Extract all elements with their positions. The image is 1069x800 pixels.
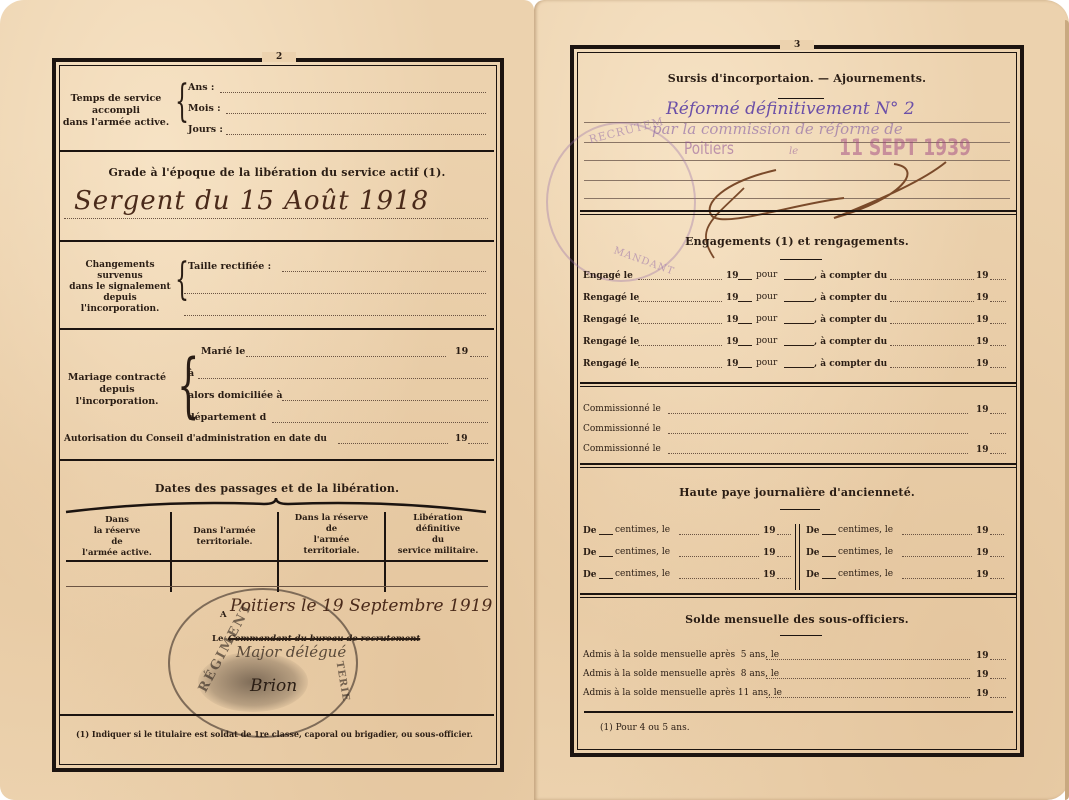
col3-line4: territoriale.: [279, 546, 384, 557]
pour-label: pour: [756, 314, 777, 324]
commission-label: Commissionné le: [583, 404, 661, 414]
changes-label-3: dans le signalement: [62, 282, 178, 293]
col4-line2: définitive: [386, 524, 490, 535]
de-label: De: [583, 525, 597, 537]
solde-date-field[interactable]: [766, 678, 970, 679]
centimes-label: centimes, le: [838, 525, 893, 535]
marriage-label-3: l'incorporation.: [62, 396, 172, 408]
service-time-label-3: dans l'armée active.: [62, 117, 170, 129]
haute-paye-year-field[interactable]: [777, 534, 791, 535]
commission-year: 19: [976, 404, 989, 416]
engagement-year: 19: [726, 270, 739, 282]
commission-label: Commissionné le: [583, 424, 661, 434]
haute-paye-date-field[interactable]: [902, 556, 972, 557]
service-time-label-1: Temps de service: [62, 93, 170, 105]
reform-stamp-place: Poitiers: [684, 139, 734, 159]
grade-handwritten: Sergent du 15 Août 1918: [74, 186, 429, 216]
start-date-field[interactable]: [890, 367, 974, 368]
divider: [60, 240, 494, 242]
haute-paye-date-field[interactable]: [679, 556, 759, 557]
dates-row-line[interactable]: [66, 586, 488, 587]
centimes-amount-field[interactable]: [599, 556, 613, 557]
divider: [580, 593, 1017, 598]
compter-label: , à compter du: [814, 270, 887, 282]
engagement-year: 19: [726, 292, 739, 304]
haute-paye-date-field[interactable]: [902, 534, 972, 535]
divider: [60, 328, 494, 330]
column-header-reserve-active: Dans la réserve de l'armée active.: [64, 515, 170, 559]
engagement-year-field[interactable]: [738, 345, 752, 346]
right-page: 3 Sursis d'incorportaion. — Ajournements…: [534, 0, 1069, 800]
centimes-amount-field[interactable]: [822, 578, 836, 579]
engagement-year-field[interactable]: [738, 279, 752, 280]
col1-line3: de: [64, 537, 170, 548]
start-date-field[interactable]: [890, 301, 974, 302]
haute-paye-year: 19: [976, 569, 989, 581]
grade-field[interactable]: [64, 218, 488, 219]
divider: [584, 711, 1013, 713]
grade-title: Grade à l'époque de la libération du ser…: [60, 166, 494, 179]
authorization-field[interactable]: [338, 443, 448, 444]
centimes-label: centimes, le: [838, 569, 893, 579]
commission-year-field[interactable]: [990, 453, 1006, 454]
reform-stamp-le: le: [789, 146, 798, 157]
haute-paye-year-field[interactable]: [777, 578, 791, 579]
department-label: département d: [188, 412, 266, 424]
col3-line2: de: [279, 524, 384, 535]
haute-paye-year-field[interactable]: [990, 578, 1004, 579]
solde-title: Solde mensuelle des sous-officiers.: [578, 613, 1016, 626]
engagement-label: Engagé le: [583, 270, 633, 282]
start-year-field[interactable]: [990, 345, 1006, 346]
brace-icon: {: [177, 350, 199, 420]
haute-paye-year: 19: [763, 547, 776, 559]
column-header-reserve-territorial: Dans la réserve de l'armée territoriale.: [279, 513, 384, 557]
left-page: 2 Temps de service accompli dans l'armée…: [0, 0, 534, 800]
start-year-field[interactable]: [990, 367, 1006, 368]
centimes-amount-field[interactable]: [599, 578, 613, 579]
col4-line1: Libération: [386, 513, 490, 524]
sursis-title: Sursis d'incorportaion. — Ajournements.: [578, 72, 1016, 85]
engagement-year-field[interactable]: [738, 323, 752, 324]
authorization-year: 19: [455, 433, 468, 445]
engagement-year: 19: [726, 314, 739, 326]
centimes-label: centimes, le: [615, 547, 670, 557]
page-number: 3: [780, 40, 814, 50]
header-rule: [66, 560, 488, 562]
marriage-label-1: Mariage contracté: [62, 372, 172, 384]
solde-label: Admis à la solde mensuelle après 5 ans, …: [583, 650, 779, 660]
divider: [60, 714, 494, 716]
months-label: Mois :: [188, 103, 221, 115]
marriage-place-field[interactable]: [198, 378, 488, 379]
commission-label: Commissionné le: [583, 444, 661, 454]
col1-line2: la réserve: [64, 526, 170, 537]
months-field[interactable]: [226, 113, 486, 114]
days-field[interactable]: [226, 134, 486, 135]
title-rule: [780, 509, 820, 510]
haute-paye-year-field[interactable]: [990, 534, 1004, 535]
engagement-date-field[interactable]: [638, 301, 722, 302]
change-field-3[interactable]: [184, 315, 486, 316]
reform-stamp-line1: Réformé définitivement N° 2: [666, 99, 915, 119]
de-label: De: [806, 547, 820, 559]
centimes-label: centimes, le: [615, 525, 670, 535]
col4-line3: du: [386, 535, 490, 546]
engagement-label: Rengagé le: [583, 336, 639, 348]
engagement-date-field[interactable]: [638, 279, 722, 280]
brace-icon: [64, 496, 488, 514]
domicile-label: alors domiciliée à: [188, 390, 283, 402]
engagement-year-field[interactable]: [738, 301, 752, 302]
centimes-label: centimes, le: [838, 547, 893, 557]
commission-year-field[interactable]: [990, 413, 1006, 414]
column-separator: [170, 512, 172, 592]
duration-field[interactable]: [784, 323, 814, 324]
haute-paye-year: 19: [763, 525, 776, 537]
col3-line3: l'armée: [279, 535, 384, 546]
commission-date-field[interactable]: [668, 433, 968, 434]
haute-paye-year: 19: [763, 569, 776, 581]
height-label: Taille rectifiée :: [188, 261, 271, 273]
engagement-date-field[interactable]: [638, 367, 722, 368]
compter-label: , à compter du: [814, 314, 887, 326]
duration-field[interactable]: [784, 367, 814, 368]
change-field-2[interactable]: [184, 293, 486, 294]
service-time-label-2: accompli: [62, 105, 170, 117]
divider: [580, 463, 1017, 468]
haute-paye-date-field[interactable]: [679, 578, 759, 579]
duration-field[interactable]: [784, 301, 814, 302]
col3-line1: Dans la réserve: [279, 513, 384, 524]
solde-date-field[interactable]: [766, 697, 970, 698]
start-year-field[interactable]: [990, 301, 1006, 302]
start-year-field[interactable]: [990, 279, 1006, 280]
de-label: De: [806, 525, 820, 537]
divider: [60, 459, 494, 461]
start-year: 19: [976, 270, 989, 282]
place-date-handwritten: Poitiers le 19 Septembre 1919: [230, 596, 492, 616]
brace-icon: {: [175, 258, 189, 302]
start-year-field[interactable]: [990, 323, 1006, 324]
title-rule: [780, 259, 822, 260]
centimes-amount-field[interactable]: [822, 556, 836, 557]
duration-field[interactable]: [784, 279, 814, 280]
divider: [580, 210, 1017, 215]
married-date-field[interactable]: [246, 356, 446, 357]
engagement-year-field[interactable]: [738, 367, 752, 368]
haute-paye-title: Haute paye journalière d'ancienneté.: [578, 486, 1016, 499]
engagement-date-field[interactable]: [638, 345, 722, 346]
place-prefix: A: [220, 610, 227, 620]
engagement-year: 19: [726, 358, 739, 370]
solde-year-field[interactable]: [990, 678, 1006, 679]
married-year: 19: [455, 346, 468, 358]
changes-label-4: depuis: [62, 293, 178, 304]
compter-label: , à compter du: [814, 358, 887, 370]
engagement-year: 19: [726, 336, 739, 348]
years-label: Ans :: [188, 82, 214, 94]
start-date-field[interactable]: [890, 345, 974, 346]
brace-icon: {: [175, 80, 189, 140]
solde-label: Admis à la solde mensuelle après 11 ans,…: [583, 688, 782, 698]
passages-title: Dates des passages et de la libération.: [60, 482, 494, 495]
domicile-field[interactable]: [282, 400, 488, 401]
department-field[interactable]: [272, 422, 488, 423]
authorization-label: Autorisation du Conseil d'administration…: [64, 433, 327, 445]
changes-label-5: l'incorporation.: [62, 304, 178, 315]
solde-year-field[interactable]: [990, 659, 1006, 660]
start-date-field[interactable]: [890, 323, 974, 324]
solde-year-field[interactable]: [990, 697, 1006, 698]
col1-line4: l'armée active.: [64, 548, 170, 559]
title-rule: [780, 635, 822, 636]
column-header-liberation: Libération définitive du service militai…: [386, 513, 490, 557]
pour-label: pour: [756, 336, 777, 346]
commission-year: 19: [976, 444, 989, 456]
pour-label: pour: [756, 358, 777, 368]
column-separator: [795, 524, 800, 590]
signature: Brion: [250, 676, 297, 696]
pour-label: pour: [756, 292, 777, 302]
pour-label: pour: [756, 270, 777, 280]
years-field[interactable]: [220, 92, 486, 93]
centimes-amount-field[interactable]: [599, 534, 613, 535]
compter-label: , à compter du: [814, 292, 887, 304]
divider: [60, 150, 494, 152]
engagement-label: Rengagé le: [583, 292, 639, 304]
haute-paye-year: 19: [976, 525, 989, 537]
start-date-field[interactable]: [890, 279, 974, 280]
signatory-handwritten: Major délégué: [236, 643, 346, 661]
days-label: Jours :: [188, 124, 223, 136]
married-label: Marié le: [201, 346, 245, 358]
haute-paye-year: 19: [976, 547, 989, 559]
col1-line1: Dans: [64, 515, 170, 526]
page-number: 2: [262, 52, 296, 62]
married-year-field[interactable]: [470, 356, 488, 357]
centimes-label: centimes, le: [615, 569, 670, 579]
start-year: 19: [976, 292, 989, 304]
de-label: De: [806, 569, 820, 581]
haute-paye-date-field[interactable]: [679, 534, 759, 535]
solde-year: 19: [976, 650, 989, 662]
de-label: De: [583, 569, 597, 581]
col4-line4: service militaire.: [386, 546, 490, 557]
haute-paye-year-field[interactable]: [777, 556, 791, 557]
commission-year-field[interactable]: [990, 433, 1006, 434]
engagement-label: Rengagé le: [583, 314, 639, 326]
commission-date-field[interactable]: [668, 453, 968, 454]
centimes-amount-field[interactable]: [822, 534, 836, 535]
engagement-label: Rengagé le: [583, 358, 639, 370]
engagements-title: Engagements (1) et rengagements.: [578, 235, 1016, 248]
col2-line1: Dans l'armée: [172, 526, 277, 537]
solde-date-field[interactable]: [766, 659, 970, 660]
engagement-date-field[interactable]: [638, 323, 722, 324]
footnote: (1) Indiquer si le titulaire est soldat …: [76, 729, 473, 739]
duration-field[interactable]: [784, 345, 814, 346]
solde-label: Admis à la solde mensuelle après 8 ans, …: [583, 669, 779, 679]
start-year: 19: [976, 336, 989, 348]
place-label: à: [188, 368, 194, 380]
authorization-year-field[interactable]: [468, 443, 488, 444]
changes-label-2: survenus: [62, 271, 178, 282]
start-year: 19: [976, 358, 989, 370]
haute-paye-date-field[interactable]: [902, 578, 972, 579]
compter-label: , à compter du: [814, 336, 887, 348]
haute-paye-year-field[interactable]: [990, 556, 1004, 557]
column-header-territorial: Dans l'armée territoriale.: [172, 526, 277, 548]
changes-label-1: Changements: [62, 260, 178, 271]
height-field[interactable]: [282, 271, 486, 272]
col2-line2: territoriale.: [172, 537, 277, 548]
signatory-prefix: Le: [212, 634, 223, 644]
footnote: (1) Pour 4 ou 5 ans.: [600, 723, 690, 733]
solde-year: 19: [976, 669, 989, 681]
de-label: De: [583, 547, 597, 559]
solde-year: 19: [976, 688, 989, 700]
divider: [580, 382, 1017, 387]
commission-date-field[interactable]: [668, 413, 968, 414]
marriage-label-2: depuis: [62, 384, 172, 396]
start-year: 19: [976, 314, 989, 326]
